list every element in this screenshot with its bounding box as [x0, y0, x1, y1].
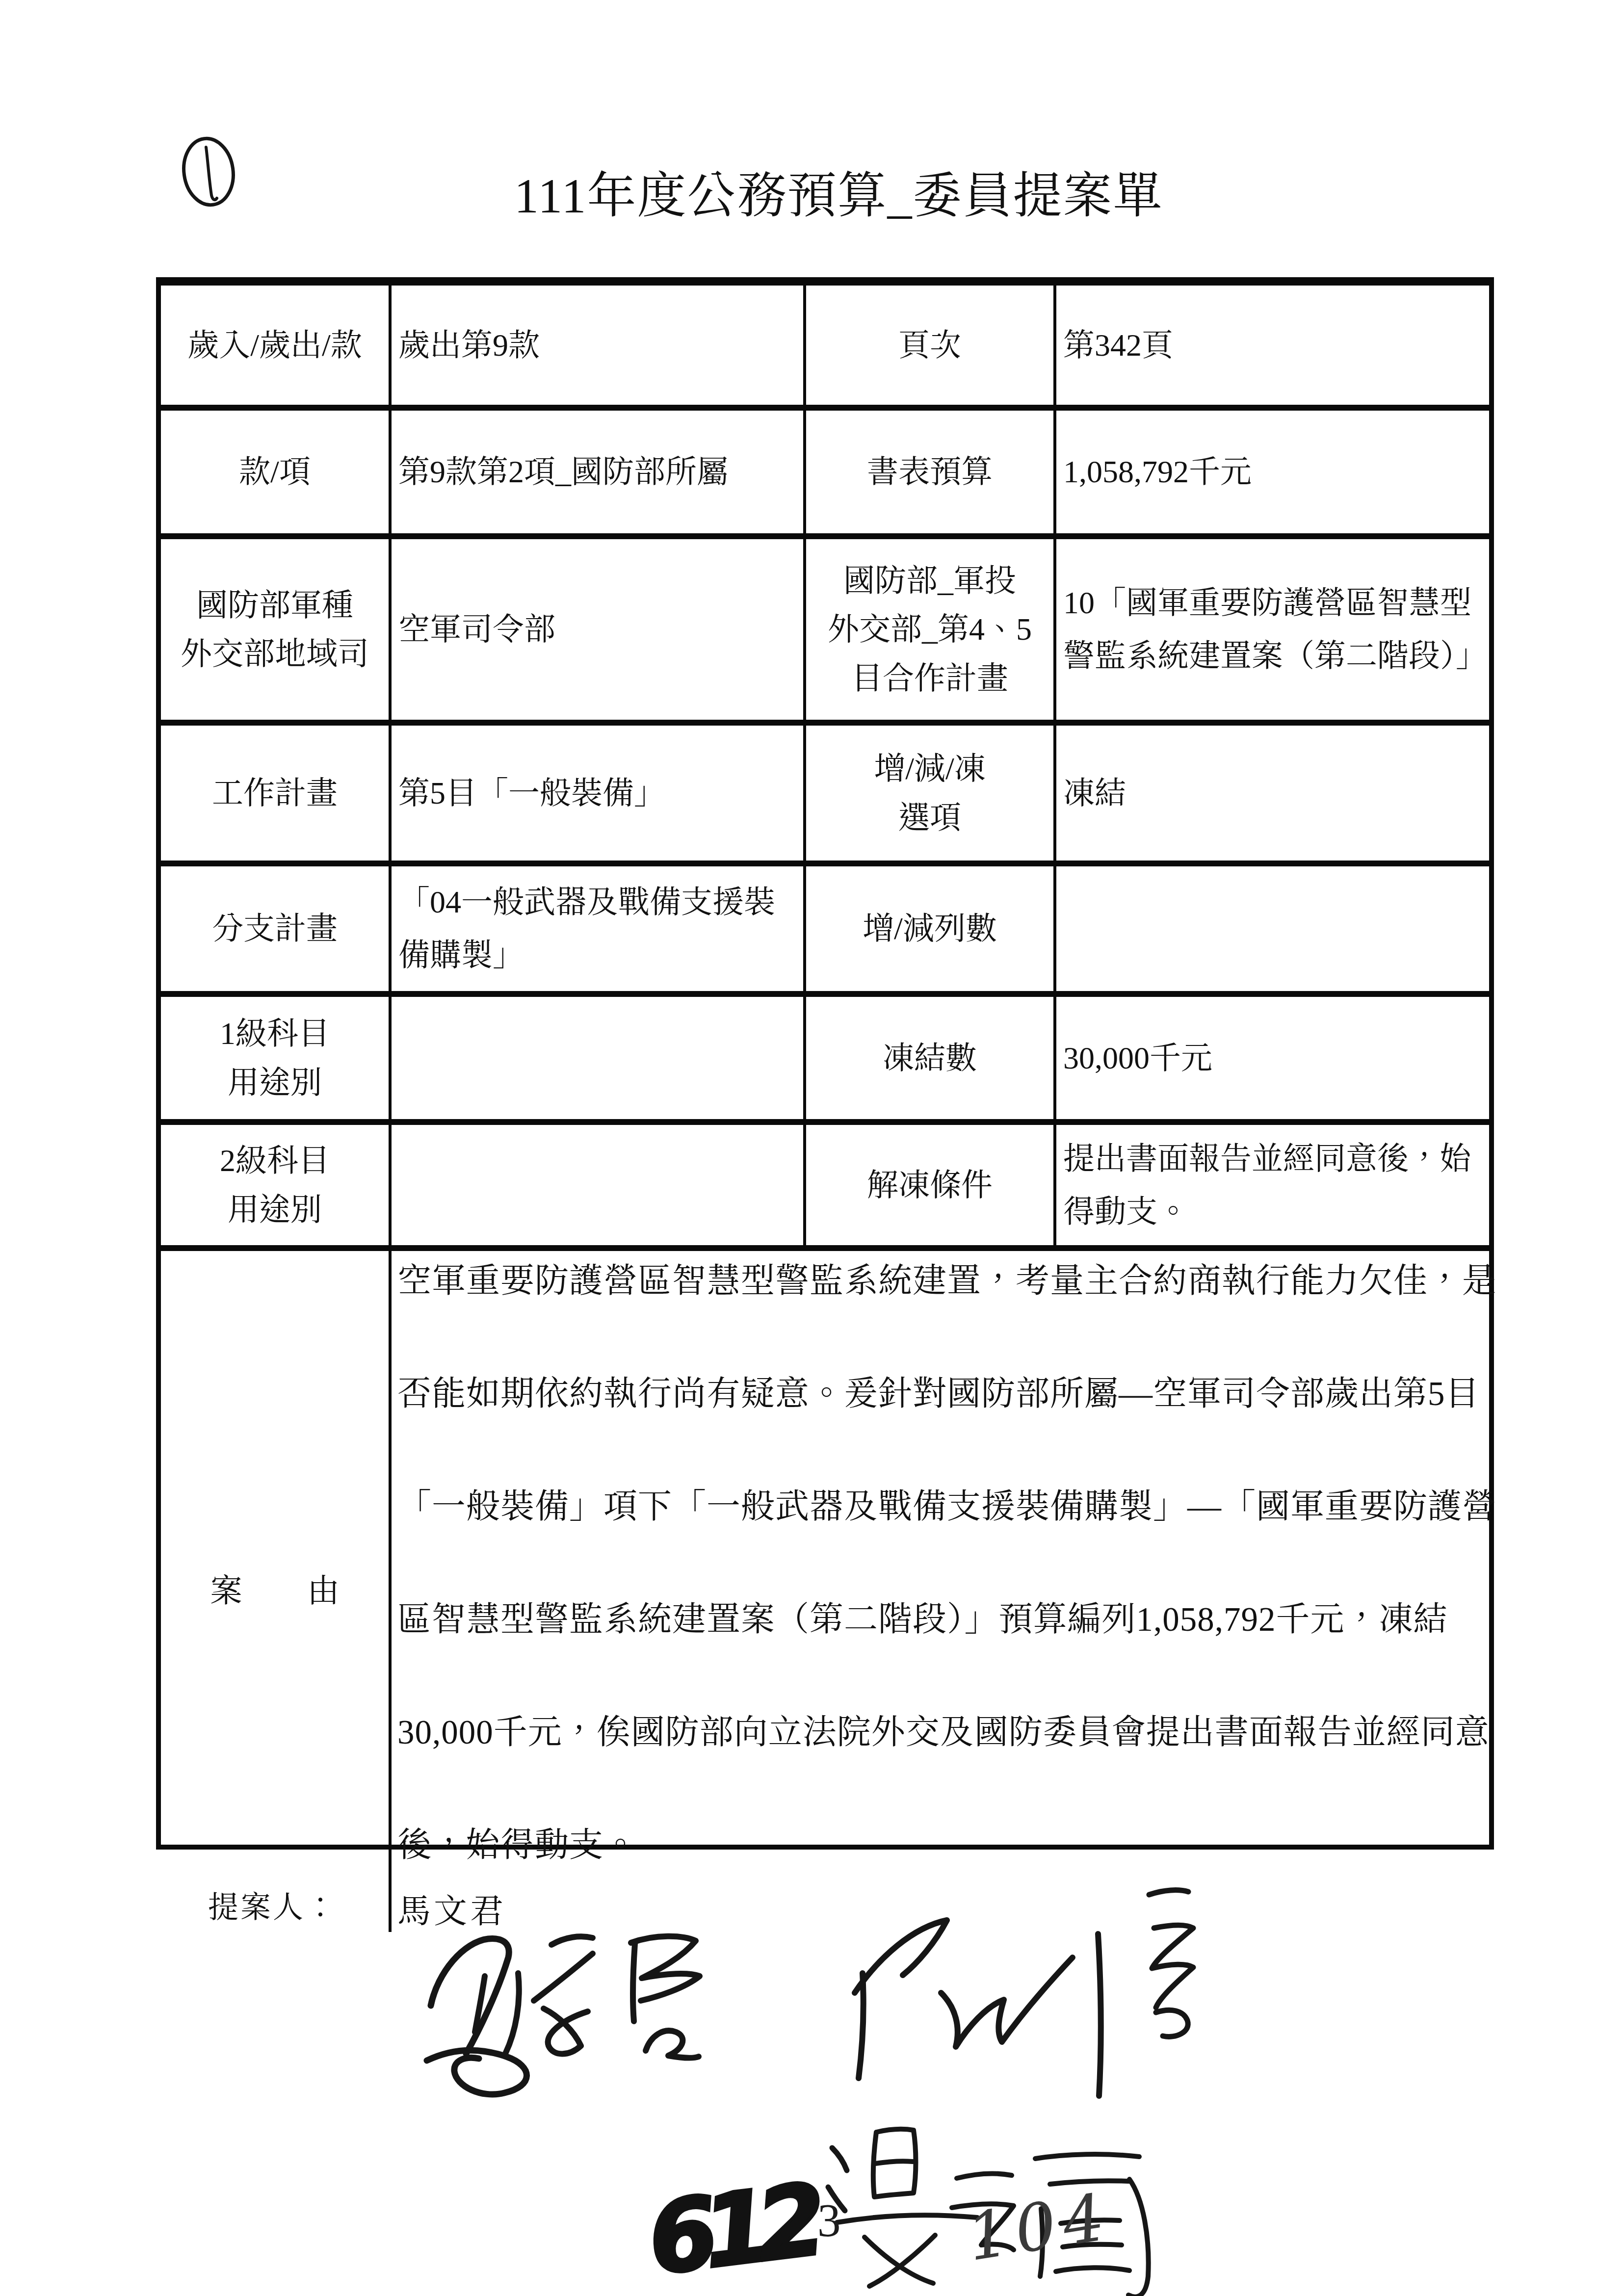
handwritten-number-small: 104: [962, 2179, 1116, 2276]
handwriting-layer: 612 3 104: [0, 0, 1624, 2296]
handwritten-number-large: 612: [643, 2163, 828, 2296]
printed-page-number: 3: [817, 2194, 841, 2246]
handwritten-circle-mark: [180, 135, 237, 209]
signature-chen-yi-hsin: [855, 1890, 1193, 2096]
signature-ma-wen-chun: [427, 1936, 700, 2094]
scanned-budget-proposal-form: 111年度公務預算_委員提案單 歲入/歲出/款 歲出第9款 頁次 第342頁 款…: [0, 0, 1624, 2296]
